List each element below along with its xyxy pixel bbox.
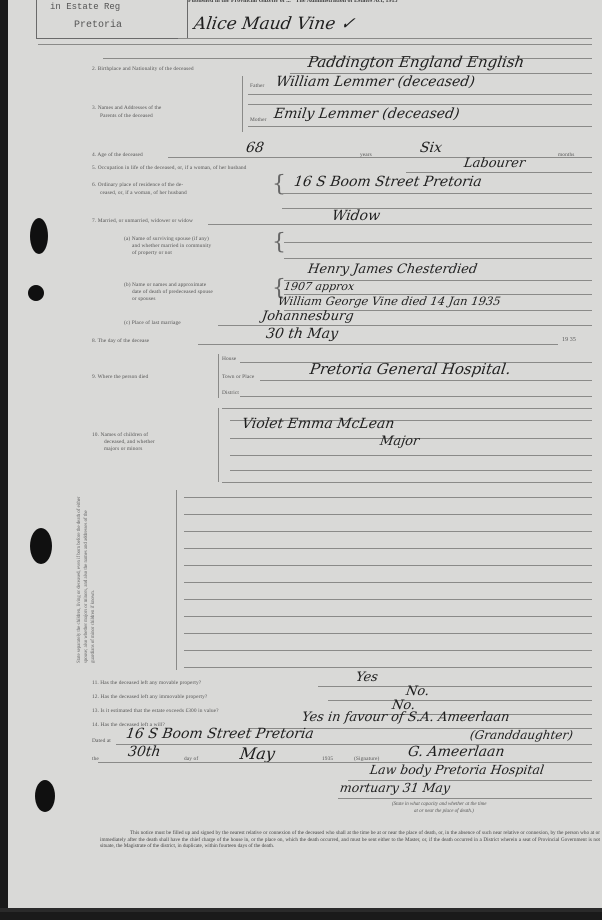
movable-label: 11. Has the deceased left any movable pr… [92, 680, 201, 686]
name-value: Alice Maud Vine ✓ [193, 14, 357, 34]
name-line [178, 38, 592, 39]
side-note-divider [176, 490, 177, 670]
divider [406, 172, 592, 173]
last-marriage-label: (c) Place of last marriage [124, 320, 181, 326]
day-of-death-label: 8. The day of the decease [92, 338, 149, 344]
divider [260, 380, 592, 381]
day-of-death-value: 30 th May [265, 326, 339, 342]
divider [248, 104, 592, 105]
years-label: years [360, 152, 372, 158]
marital-value: Widow [331, 208, 381, 224]
divider [248, 126, 592, 127]
children-bracket [218, 408, 219, 482]
birthplace-value: Paddington England English [307, 53, 526, 71]
children-side-note: State separately the children, living or… [76, 493, 126, 663]
residence-value: 16 S Boom Street Pretoria [293, 174, 483, 190]
divider [284, 258, 592, 259]
divider [230, 455, 592, 456]
stamp-line-2: Pretoria [74, 20, 122, 31]
bottom-edge [0, 908, 602, 912]
footer-notice: This notice must be filled up and signed… [100, 830, 600, 850]
blank-line [184, 582, 592, 583]
blank-line [184, 650, 592, 651]
will-value: Yes in favour of S.A. Ameerlaan [301, 710, 511, 725]
capacity-caption-2: at or near the place of death.) [414, 809, 474, 814]
predeceased-value-2: 1907 approx [283, 280, 355, 293]
mother-label: Mother [250, 117, 266, 123]
divider [222, 482, 592, 483]
where-died-bracket [218, 354, 219, 398]
divider [222, 408, 592, 409]
blank-line [184, 616, 592, 617]
mother-value: Emily Lemmer (deceased) [273, 106, 461, 122]
movable-value: Yes [355, 670, 379, 685]
divider [318, 686, 592, 687]
children-value-1: Violet Emma McLean [241, 416, 396, 432]
estate-label: 13. Is it estimated that the estate exce… [92, 708, 219, 714]
capacity-value-2: mortuary 31 May [339, 780, 451, 795]
blank-line [184, 565, 592, 566]
occupation-label: 5. Occupation in life of the deceased, o… [92, 165, 246, 171]
father-value: William Lemmer (deceased) [275, 74, 476, 90]
signature-value: G. Ameerlaan [407, 744, 506, 760]
blank-line [184, 667, 592, 668]
punch-hole-3 [30, 528, 52, 564]
dated-value: 16 S Boom Street Pretoria [125, 726, 315, 742]
age-label: 4. Age of the deceased [92, 152, 143, 158]
age-months-value: Six [419, 140, 443, 156]
birthplace-label: 2. Birthplace and Nationality of the dec… [92, 66, 194, 72]
blank-line [184, 531, 592, 532]
last-marriage-value: Johannesburg [261, 309, 355, 324]
divider [208, 224, 592, 225]
capacity-caption-1: (State in what capacity and whether at t… [392, 802, 486, 807]
town-value: Pretoria General Hospital. [309, 360, 512, 378]
district-label: District [222, 390, 239, 396]
divider [240, 396, 592, 397]
predeceased-value-3: William George Vine died 14 Jan 1935 [277, 294, 502, 308]
marital-label: 7. Married, or unmarried, widower or wid… [92, 218, 193, 224]
children-label-1: 10. Names of children of [92, 432, 148, 438]
immovable-label: 12. Has the deceased left any immovable … [92, 694, 207, 700]
residence-label-2: ceased, or, if a woman, of her husband [100, 190, 187, 196]
surviving-spouse-label-1: (a) Name of surviving spouse (if any) [124, 236, 209, 242]
divider [116, 744, 592, 745]
punch-hole-2 [28, 285, 44, 301]
stamp-line-1: in Estate Reg [50, 2, 120, 12]
divider [230, 470, 592, 471]
day-value: 30th [127, 744, 162, 760]
blank-line [184, 548, 592, 549]
town-label: Town or Place [222, 374, 254, 380]
divider [168, 157, 592, 158]
where-died-label: 9. Where the person died [92, 374, 148, 380]
divider [38, 44, 592, 45]
dated-label: Dated at [92, 738, 111, 744]
months-label: months [558, 152, 574, 158]
occupation-value: Labourer [463, 156, 526, 171]
parents-bracket [242, 76, 243, 132]
divider [198, 344, 558, 345]
predeceased-label-3: or spouses [132, 296, 156, 302]
punch-hole-4 [35, 780, 55, 812]
predeceased-value-1: Henry James Chesterdied [307, 262, 478, 277]
surviving-spouse-label-3: of property or not [132, 250, 172, 256]
residence-label-1: 6. Ordinary place of residence of the de… [92, 182, 183, 188]
surviving-spouse-label-2: and whether married in community [132, 243, 211, 249]
divider [248, 94, 592, 95]
predeceased-label-1: (b) Name or names and approximate [124, 282, 206, 288]
divider [328, 700, 592, 701]
divider [282, 208, 592, 209]
blank-line [184, 633, 592, 634]
house-label: House [222, 356, 236, 362]
month-value: May [239, 744, 277, 763]
parents-label-2: Parents of the deceased [100, 113, 153, 119]
predeceased-label-2: date of death of predeceased spouse [132, 289, 213, 295]
father-label: Father [250, 83, 264, 89]
age-years-value: 68 [245, 140, 265, 156]
blank-line [184, 514, 592, 515]
parents-label-1: 3. Names and Addresses of the [92, 105, 161, 111]
children-label-3: majors or minors [104, 446, 142, 452]
blank-line [184, 497, 592, 498]
punch-hole-1 [30, 218, 48, 254]
document-page: Published in the Provincial Gazette of .… [8, 0, 602, 912]
children-label-2: deceased, and whether [104, 439, 155, 445]
divider [282, 193, 592, 194]
divider [284, 242, 592, 243]
capacity-value-1: Law body Pretoria Hospital [369, 762, 545, 777]
children-value-2: Major [379, 434, 420, 449]
divider [338, 798, 592, 799]
immovable-value: No. [405, 684, 430, 699]
form-header: Published in the Provincial Gazette of .… [188, 0, 401, 4]
dated-note: (Granddaughter) [469, 728, 574, 742]
blank-line [184, 599, 592, 600]
year-suffix: 19 35 [562, 337, 576, 343]
